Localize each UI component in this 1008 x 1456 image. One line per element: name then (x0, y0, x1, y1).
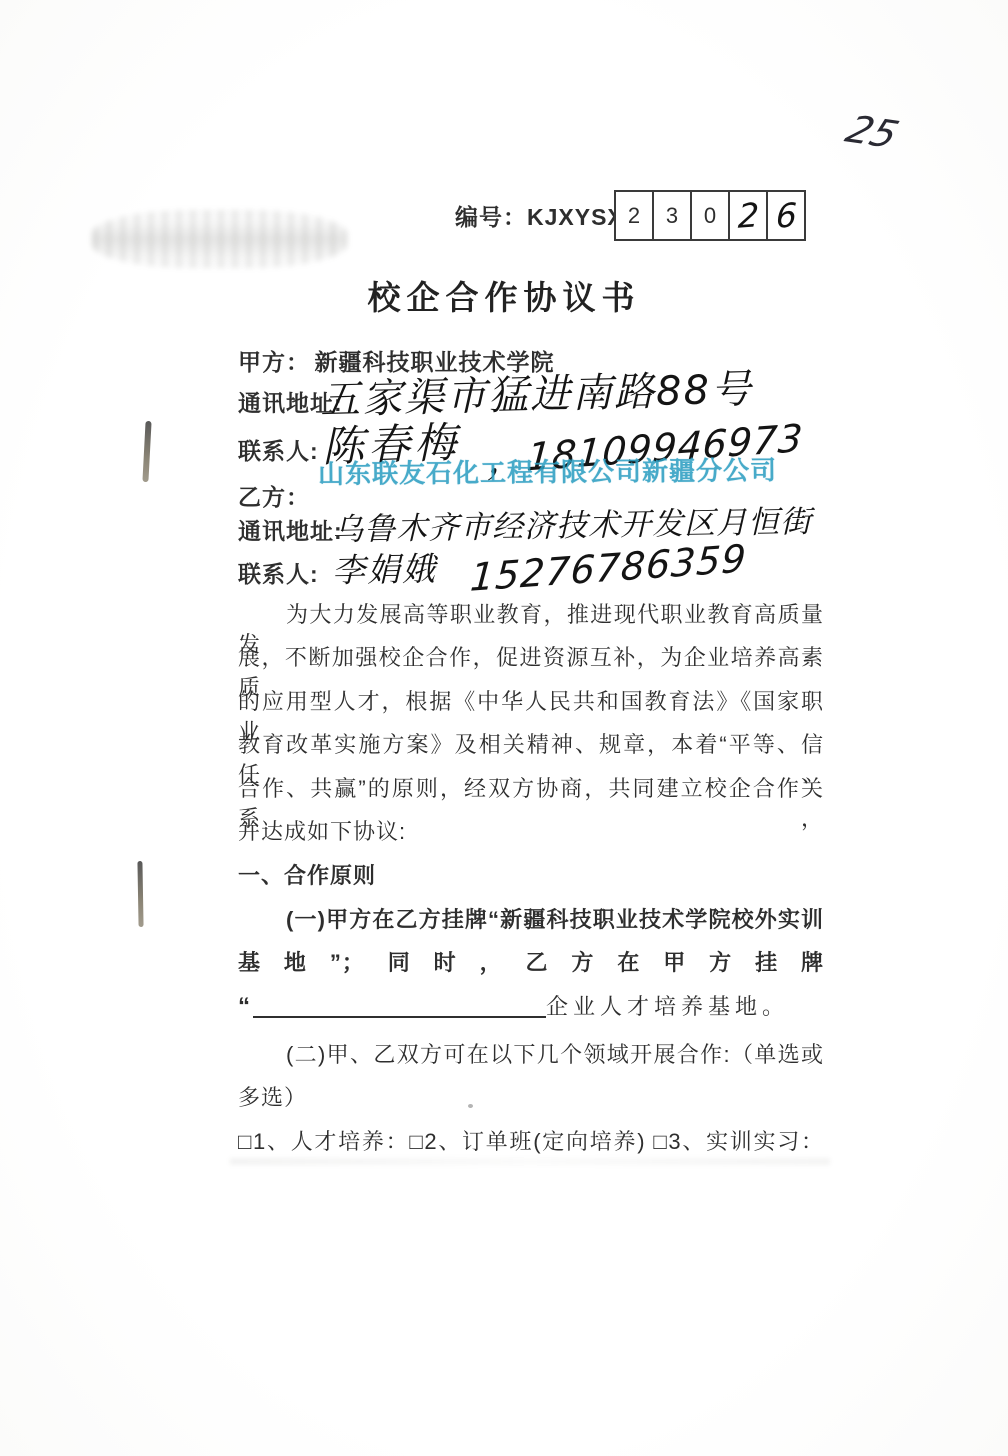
clause-1-line-2: 基地”；同时，乙方在甲方挂牌 (238, 948, 824, 978)
party-b-contact-label: 联系人: (238, 556, 319, 589)
clause-2-line-1: (二)甲、乙双方可在以下几个领域开展合作:（单选或 (238, 1040, 824, 1070)
clause-1-line-1: (一)甲方在乙方挂牌“新疆科技职业技术学院校外实训 (238, 905, 824, 935)
serial-digit-box: 2 (614, 190, 654, 241)
handwritten-corner-mark: 25 (840, 108, 905, 157)
section-heading: 一、合作原则 (238, 861, 824, 891)
staple-mark-top (142, 421, 151, 482)
clause-2-line-2: 多选） (238, 1083, 824, 1113)
open-quote: “ (238, 993, 251, 1020)
party-a-contact-label: 联系人: (238, 433, 319, 466)
serial-digit-handwritten: 6 (775, 195, 797, 236)
company-stamp: 山东联友石化工程有限公司新疆分公司 (318, 450, 777, 491)
blank-fill-underline (253, 1015, 546, 1018)
clause-1-suffix: 企业人才培养基地。 (546, 994, 789, 1019)
scanned-agreement-page: 25 编号：KJXYSXC 2 3 0 2 6 校企合作协议书 甲方： 新疆科技… (0, 0, 1008, 1456)
party-b-address-label: 通讯地址: (238, 513, 343, 546)
staple-mark-bottom (137, 861, 143, 927)
clause-1-line-3: “企业人才培养基地。 (238, 992, 824, 1022)
scan-smudge-artifact (92, 210, 347, 268)
party-b-label: 乙方： (238, 479, 310, 512)
party-a-label: 甲方： (238, 349, 310, 375)
serial-digit-handwritten: 2 (737, 195, 759, 236)
body-line: 并达成如下协议: (238, 817, 824, 847)
cooperation-options-line: □1、人才培养：□2、订单班(定向培养) □3、实训实习： (238, 1127, 824, 1157)
serial-digit-box: 0 (690, 190, 730, 241)
document-title: 校企合作协议书 (0, 272, 1008, 319)
serial-number-boxes: 2 3 0 2 6 (616, 190, 806, 241)
party-b-contact-name-handwritten: 李娟娥 (332, 543, 438, 592)
scan-noise-strip (230, 1158, 830, 1165)
serial-digit-box: 3 (652, 190, 692, 241)
